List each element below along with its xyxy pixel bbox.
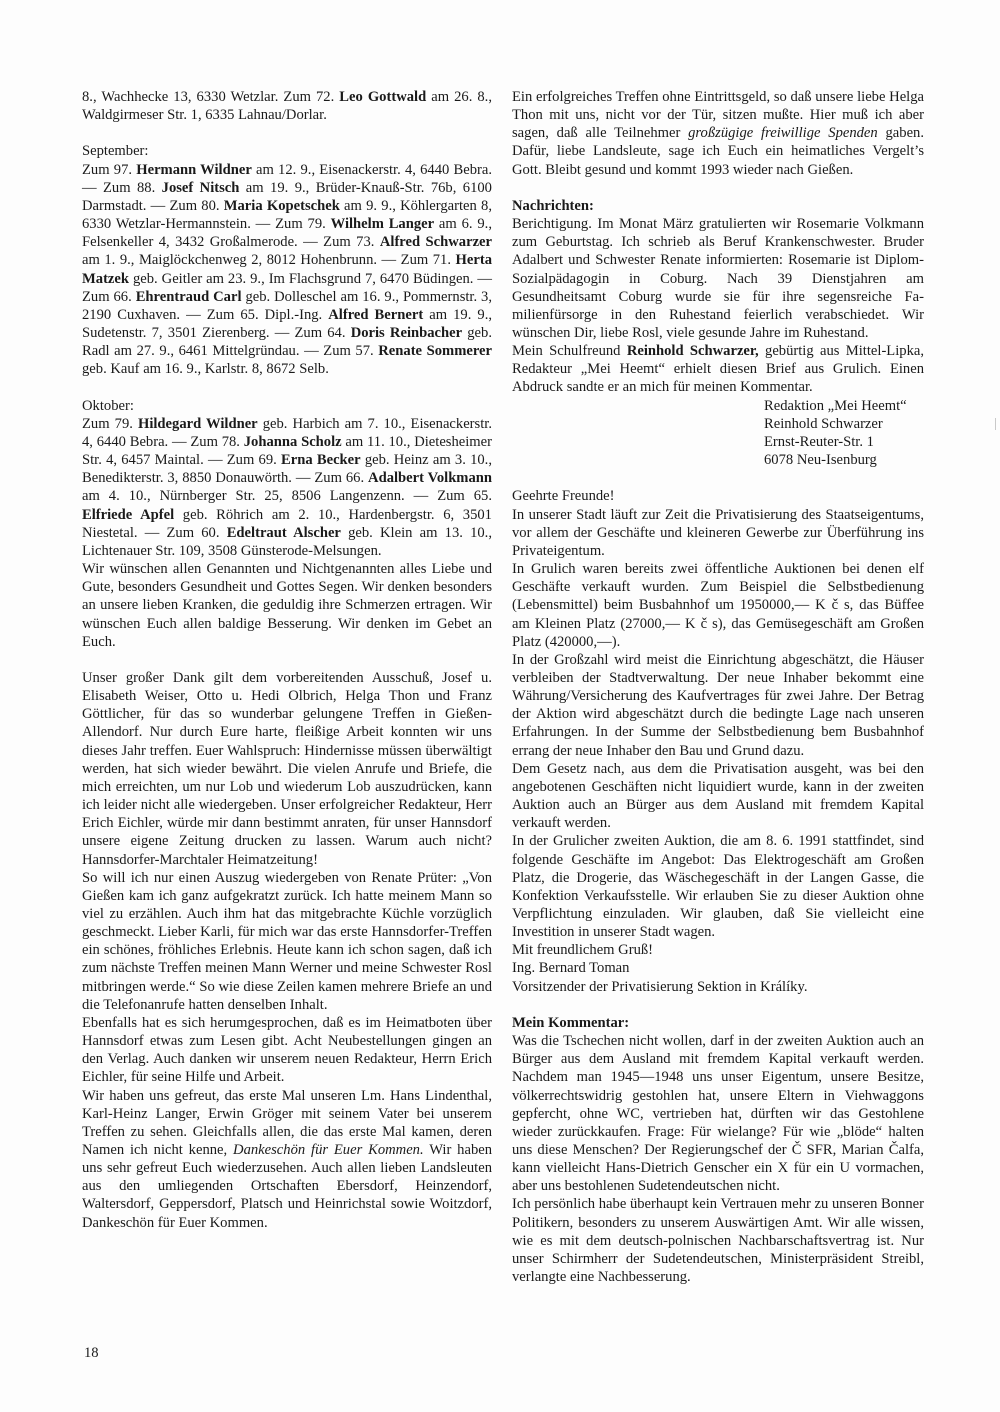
bold-name: Renate Sommerer <box>378 343 492 359</box>
birthday-list-august-tail: 8., Wachhecke 13, 6330 Wetzlar. Zum 72. … <box>82 88 492 124</box>
address-line: Reinhold Schwarzer <box>764 415 924 433</box>
bold-name: Hildegard Wildner <box>138 416 258 432</box>
address-line: Ernst-Reuter-Str. 1 <box>764 433 924 451</box>
birthday-list-oktober: Zum 79. Hildegard Wildner geb. Harbich a… <box>82 415 492 560</box>
address-line: Redaktion „Mei Heemt“ <box>764 397 924 415</box>
text-run: Mein Schulfreund <box>512 343 627 359</box>
schulfreund-paragraph: Mein Schulfreund Reinhold Schwarzer, geb… <box>512 342 924 396</box>
text-run: Zum 97. <box>82 162 136 178</box>
italic-text: großzügige freiwillige Spen­den <box>688 125 878 141</box>
spacer <box>512 996 924 1014</box>
bold-name: Hermann Wildner <box>136 162 252 178</box>
page-number: 18 <box>84 1345 99 1362</box>
bold-name: Alfred Schwarzer <box>380 234 492 250</box>
bold-name: Johanna Scholz <box>244 434 342 450</box>
bold-name: Reinhold Schwarzer, <box>627 343 759 359</box>
document-page: 8., Wachhecke 13, 6330 Wetzlar. Zum 72. … <box>0 0 1000 1412</box>
section-heading-nachrichten: Nachrichten: <box>512 197 924 215</box>
bold-name: Alfred Bernert <box>328 307 423 323</box>
letter-paragraph: In unserer Stadt läuft zur Zeit die Priv… <box>512 506 924 560</box>
bold-name: Doris Reinbacher <box>351 325 462 341</box>
text-run: geb. Kauf am 16. 9., Karlstr. 8, 8672 Se… <box>82 361 329 377</box>
text-run: 8., Wachhecke 13, 6330 Wetzlar. Zum 72. <box>82 89 339 105</box>
text-run: am 1. 9., Maiglöckchenweg 2, 8012 Hohen­… <box>82 252 456 268</box>
bold-name: Leo Gottwald <box>339 89 426 105</box>
spacer <box>512 179 924 197</box>
text-run: am 4. 10., Nürnberger Str. 25, 8506 Lang… <box>82 488 492 504</box>
kommentar-paragraph: Was die Tschechen nicht wollen, darf in … <box>512 1032 924 1195</box>
spacer <box>82 651 492 669</box>
text-run: Zum 79. <box>82 416 138 432</box>
italic-text: Dankeschön für Euer Kommen. <box>233 1142 424 1158</box>
gefreut-paragraph: Wir haben uns gefreut, das erste Mal uns… <box>82 1087 492 1232</box>
scan-artifact <box>995 418 996 430</box>
month-heading-september: September: <box>82 142 492 160</box>
bold-name: Edeltraut Alscher <box>227 525 341 541</box>
left-column: 8., Wachhecke 13, 6330 Wetzlar. Zum 72. … <box>82 88 492 1232</box>
bold-name: Wilhelm Langer <box>331 216 434 232</box>
bold-name: Adalbert Volkmann <box>368 470 492 486</box>
letter-closing: Mit freundlichem Gruß! <box>512 941 924 959</box>
address-block: Redaktion „Mei Heemt“ Reinhold Schwarzer… <box>512 397 924 470</box>
letter-signer: Ing. Bernard Toman <box>512 959 924 977</box>
heimatbote-paragraph: Ebenfalls hat es sich herumgesprochen, d… <box>82 1014 492 1087</box>
letter-paragraph: In der Großzahl wird meist die Einrichtu… <box>512 651 924 760</box>
spacer <box>82 378 492 396</box>
bold-name: Maria Kopetschek <box>224 198 340 214</box>
spacer <box>82 124 492 142</box>
letter-paragraph: Dem Gesetz nach, aus dem die Privatisati… <box>512 760 924 833</box>
letter-signer-title: Vorsitzender der Privatisierung Sektion … <box>512 978 924 996</box>
treffen-paragraph: Ein erfolgreiches Treffen ohne Eintritts… <box>512 88 924 179</box>
quote-paragraph: So will ich nur einen Auszug wiedergeben… <box>82 869 492 1014</box>
right-column: Ein erfolgreiches Treffen ohne Eintritts… <box>512 88 924 1286</box>
address-line: 6078 Neu-Isenburg <box>764 451 924 469</box>
bold-name: Ehrentraud Carl <box>136 289 242 305</box>
kommentar-paragraph: Ich persönlich habe überhaupt kein Vertr… <box>512 1195 924 1286</box>
wishes-paragraph: Wir wünschen allen Genannten und Nichtge… <box>82 560 492 651</box>
thanks-paragraph: Unser großer Dank gilt dem vorbereitende… <box>82 669 492 869</box>
bold-name: Josef Nitsch <box>162 180 240 196</box>
letter-paragraph: In der Grulicher zweiten Auktion, die am… <box>512 832 924 941</box>
month-heading-oktober: Oktober: <box>82 397 492 415</box>
birthday-list-september: Zum 97. Hermann Wildner am 12. 9., Eisen… <box>82 161 492 379</box>
bold-name: Elfriede Apfel <box>82 507 174 523</box>
nachrichten-paragraph: Berichtigung. Im Monat März gratulierten… <box>512 215 924 342</box>
spacer <box>512 469 924 487</box>
section-heading-kommentar: Mein Kommentar: <box>512 1014 924 1032</box>
bold-name: Erna Becker <box>281 452 361 468</box>
letter-paragraph: In Grulich waren bereits zwei öffentlich… <box>512 560 924 651</box>
letter-salutation: Geehrte Freunde! <box>512 487 924 505</box>
